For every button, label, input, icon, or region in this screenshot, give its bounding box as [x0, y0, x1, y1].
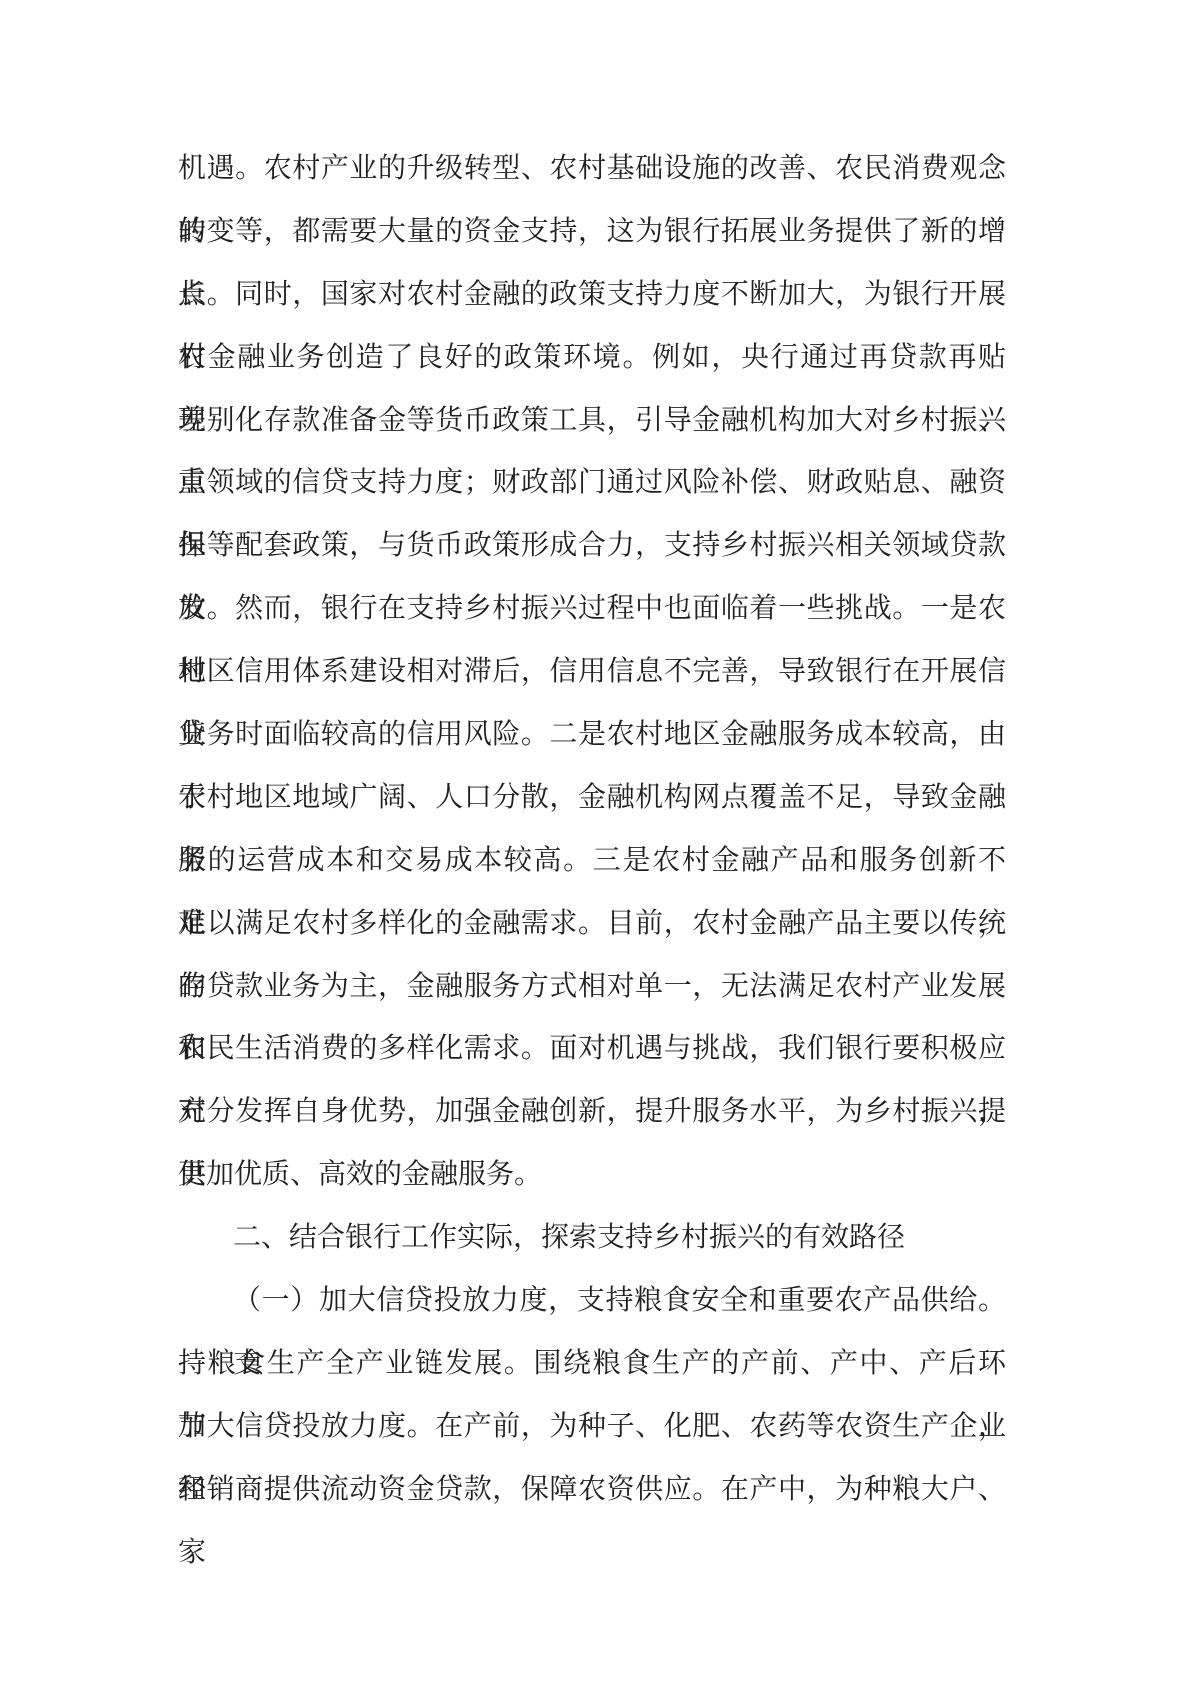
text-line-2: 转变等，都需要大量的资金支持，这为银行拓展业务提供了新的增长 [178, 201, 1006, 264]
text-line-3: 点。同时，国家对农村金融的政策支持力度不断加大，为银行开展农 [178, 264, 1006, 327]
text-line-8: 放。然而，银行在支持乡村振兴过程中也面临着一些挑战。一是农村 [178, 578, 1006, 641]
text-line-21: 加大信贷投放力度。在产前，为种子、化肥、农药等农资生产企业和 [178, 1396, 1006, 1459]
text-line-15: 农民生活消费的多样化需求。面对机遇与挑战，我们银行要积极应对， [178, 1018, 1006, 1081]
text-line-17: 更加优质、高效的金融服务。 [178, 1144, 1006, 1207]
document-text-block: 机遇。农村产业的升级转型、农村基础设施的改善、农民消费观念的转变等，都需要大量的… [178, 138, 1006, 1522]
text-line-10: 业务时面临较高的信用风险。二是农村地区金融服务成本较高，由于 [178, 704, 1006, 767]
text-line-22: 经销商提供流动资金贷款，保障农资供应。在产中，为种粮大户、家 [178, 1459, 1006, 1522]
text-line-1: 机遇。农村产业的升级转型、农村基础设施的改善、农民消费观念的 [178, 138, 1006, 201]
text-line-9: 地区信用体系建设相对滞后，信用信息不完善，导致银行在开展信贷 [178, 641, 1006, 704]
text-line-20: 持粮食生产全产业链发展。围绕粮食生产的产前、产中、产后环节， [178, 1333, 1006, 1396]
text-line-4: 村金融业务创造了良好的政策环境。例如，央行通过再贷款再贴现、 [178, 327, 1006, 390]
text-line-14: 存贷款业务为主，金融服务方式相对单一，无法满足农村产业发展和 [178, 956, 1006, 1019]
text-line-5: 差别化存款准备金等货币政策工具，引导金融机构加大对乡村振兴重 [178, 390, 1006, 453]
text-line-6: 点领域的信贷支持力度；财政部门通过风险补偿、财政贴息、融资担 [178, 452, 1006, 515]
text-line-19: （一）加大信贷投放力度，支持粮食安全和重要农产品供给。支 [178, 1270, 1006, 1333]
text-line-7: 保等配套政策，与货币政策形成合力，支持乡村振兴相关领域贷款发 [178, 515, 1006, 578]
text-line-16: 充分发挥自身优势，加强金融创新，提升服务水平，为乡村振兴提供 [178, 1081, 1006, 1144]
document-page: 机遇。农村产业的升级转型、农村基础设施的改善、农民消费观念的转变等，都需要大量的… [0, 0, 1190, 1683]
text-line-11: 农村地区地域广阔、人口分散，金融机构网点覆盖不足，导致金融服 [178, 767, 1006, 830]
text-line-13: 难以满足农村多样化的金融需求。目前，农村金融产品主要以传统的 [178, 893, 1006, 956]
text-line-12: 务的运营成本和交易成本较高。三是农村金融产品和服务创新不足， [178, 830, 1006, 893]
text-line-18: 二、结合银行工作实际，探索支持乡村振兴的有效路径 [178, 1207, 1006, 1270]
